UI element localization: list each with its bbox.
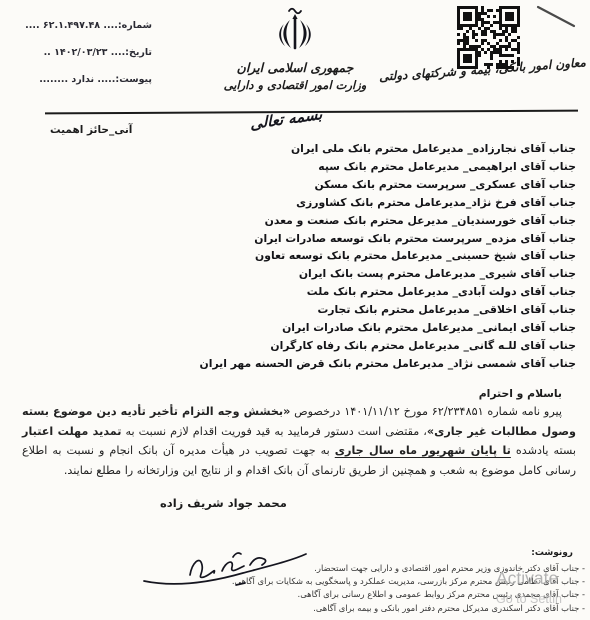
pen-stroke-mark-icon (536, 5, 578, 33)
recipient-line: جناب آقای نجارزاده_ مدیرعامل محترم بانک … (200, 140, 576, 158)
letter-registry-block: شماره:.... ۶۲.۱.۴۹۷.۴۸ .... تاریخ:.... ۱… (4, 20, 152, 101)
recipient-line: جناب آقای مزده_ سرپرست محترم بانک توسعه … (200, 230, 576, 248)
salutation: باسلام و احترام (479, 387, 562, 400)
letter-body: پیرو نامه شماره ۶۲/۲۳۴۸۵۱ مورخ ۱۴۰۱/۱۱/۱… (22, 402, 576, 480)
activate-windows-watermark: Activate (496, 568, 558, 589)
body-text-underlined: تا پایان شهریور ماه سال جاری (335, 444, 511, 457)
body-text: پیرو نامه شماره ۶۲/۲۳۴۸۵۱ مورخ ۱۴۰۱/۱۱/۱… (290, 405, 562, 418)
recipient-line: جناب آقای للـه گانی_ مدیرعامل محترم بانک… (200, 337, 576, 355)
letter-attachment: پیوست:..... ندارد ........ (4, 74, 152, 85)
letter-page: شماره:.... ۶۲.۱.۴۹۷.۴۸ .... تاریخ:.... ۱… (0, 0, 590, 620)
body-text: ، مقتضی است دستور فرمایید به قید فوریت ا… (122, 425, 427, 438)
recipient-line: جناب آقای خورسندیان_ مدیرعل محترم بانک ص… (200, 212, 576, 230)
recipient-line: جناب آقای شمسی نژاد_ مدیرعامل محترم بانک… (200, 355, 576, 373)
ministry-name: وزارت امور اقتصادی و دارایی (208, 78, 382, 92)
letter-number: شماره:.... ۶۲.۱.۴۹۷.۴۸ .... (4, 20, 152, 31)
recipient-line: جناب آقای ایمانی_ مدیرعامل محترم بانک صا… (200, 319, 576, 337)
body-text: بسته یادشده (511, 444, 576, 457)
go-to-settings-watermark: Go to Settin (496, 592, 562, 606)
letterhead-center: جمهوری اسلامی ایران وزارت امور اقتصادی و… (208, 6, 382, 92)
iran-emblem-icon (273, 39, 317, 58)
recipient-line: جناب آقای شیری_ مدیرعامل محترم پست بانک … (200, 265, 576, 283)
recipient-line: جناب آقای عسکری_ سرپرست محترم بانک مسکن (200, 176, 576, 194)
recipients-list: جناب آقای نجارزاده_ مدیرعامل محترم بانک … (200, 140, 576, 373)
recipient-line: جناب آقای فرخ نژاد_مدیرعامل محترم بانک ک… (200, 194, 576, 212)
letter-date: تاریخ:.... ۱۴۰۲/۰۳/۲۳ .. (4, 47, 152, 58)
signer-name: محمد جواد شریف زاده (160, 496, 287, 510)
body-text-bold: تمدید مهلت اعتبار (22, 425, 122, 438)
cc-label: رونوشت: (531, 548, 573, 558)
handwritten-signature-icon (138, 537, 313, 593)
classification-stamp: آنی_حائز اهمیت (50, 124, 132, 136)
basmala-calligraphy: بسمه تعالی (250, 105, 322, 133)
recipient-line: جناب آقای ابراهیمی_ مدیرعامل محترم بانک … (200, 158, 576, 176)
recipient-line: جناب آقای شیخ حسینی_ مدیرعامل محترم بانک… (200, 247, 576, 265)
recipient-line: جناب آقای اخلاقی_ مدیرعامل محترم بانک تج… (200, 301, 576, 319)
org-name: جمهوری اسلامی ایران (208, 60, 382, 75)
recipient-line: جناب آقای دولت آبادی_ مدیرعامل محترم بان… (200, 283, 576, 301)
